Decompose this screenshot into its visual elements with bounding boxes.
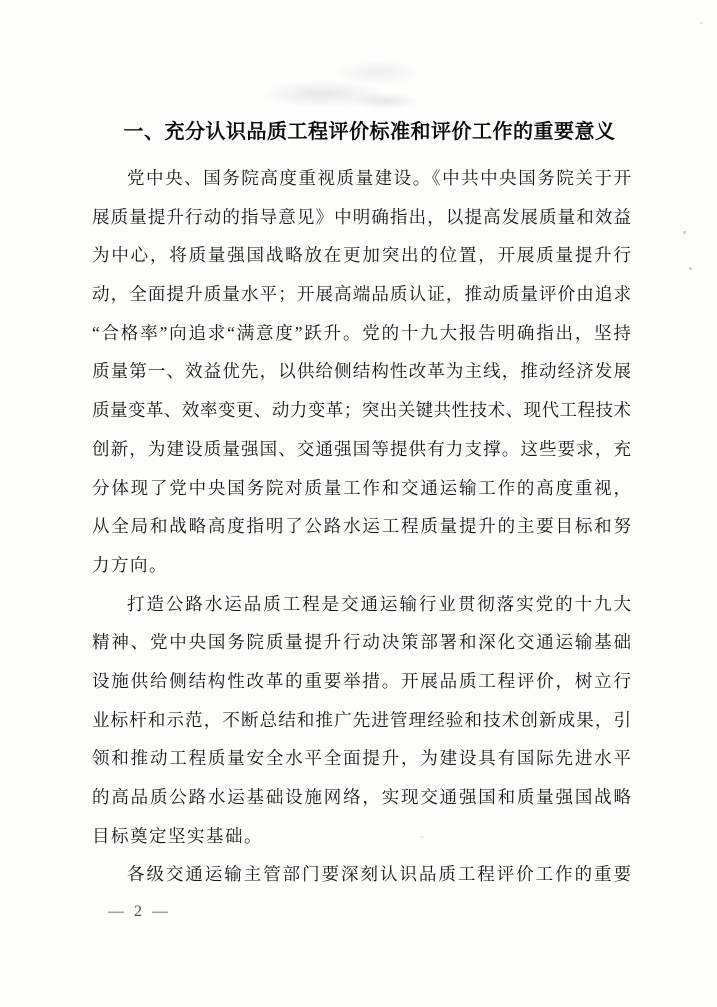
page-number: — 2 —: [108, 898, 171, 926]
text-line: 动，全面提升质量水平；开展高端品质认证，推动质量评价由追求: [92, 275, 631, 314]
text-line: 质量第一、效益优先，以供给侧结构性改革为主线，推动经济发展: [92, 352, 631, 391]
document-body: 党中央、国务院高度重视质量建设。《中共中央国务院关于开 展质量提升行动的指导意见…: [92, 159, 631, 894]
text-line: 设施供给侧结构性改革的重要举措。开展品质工程评价，树立行: [92, 662, 631, 701]
paragraph: 打造公路水运品质工程是交通运输行业贯彻落实党的十九大 精神、党中央国务院质量提升…: [92, 585, 631, 856]
text-line: 从全局和战略高度指明了公路水运工程质量提升的主要目标和努: [92, 507, 631, 546]
scan-smudge: [258, 80, 388, 108]
text-line: 创新，为建设质量强国、交通强国等提供有力支撑。这些要求，充: [92, 430, 631, 469]
text-line: 精神、党中央国务院质量提升行动决策部署和深化交通运输基础: [92, 623, 631, 662]
text-line: 目标奠定坚实基础。: [92, 817, 631, 856]
text-line: 力方向。: [92, 546, 631, 585]
text-line: 各级交通运输主管部门要深刻认识品质工程评价工作的重要: [92, 855, 631, 894]
text-line: 打造公路水运品质工程是交通运输行业贯彻落实党的十九大: [92, 585, 631, 624]
scan-smudge: [330, 60, 425, 86]
text-line: 分体现了党中央国务院对质量工作和交通运输工作的高度重视，: [92, 469, 631, 508]
scan-smudge: [350, 92, 420, 110]
paragraph: 各级交通运输主管部门要深刻认识品质工程评价工作的重要: [92, 855, 631, 894]
text-line: 党中央、国务院高度重视质量建设。《中共中央国务院关于开: [92, 159, 631, 198]
document-page: 一、充分认识品质工程评价标准和评价工作的重要意义 党中央、国务院高度重视质量建设…: [0, 0, 717, 1007]
text-line: “合格率”向追求“满意度”跃升。党的十九大报告明确指出，坚持: [92, 314, 631, 353]
text-line: 质量变革、效率变更、动力变革；突出关键共性技术、现代工程技术: [92, 391, 631, 430]
text-line: 的高品质公路水运基础设施网络，实现交通强国和质量强国战略: [92, 778, 631, 817]
scan-speck: [700, 22, 703, 24]
scan-speck: [689, 267, 692, 270]
scan-speck: [683, 231, 686, 234]
paragraph: 党中央、国务院高度重视质量建设。《中共中央国务院关于开 展质量提升行动的指导意见…: [92, 159, 631, 585]
text-line: 业标杆和示范，不断总结和推广先进管理经验和技术创新成果，引: [92, 701, 631, 740]
text-line: 领和推动工程质量安全水平全面提升，为建设具有国际先进水平: [92, 739, 631, 778]
text-line: 展质量提升行动的指导意见》中明确指出，以提高发展质量和效益: [92, 198, 631, 237]
text-line: 为中心，将质量强国战略放在更加突出的位置，开展质量提升行: [92, 236, 631, 275]
section-heading: 一、充分认识品质工程评价标准和评价工作的重要意义: [0, 117, 717, 147]
